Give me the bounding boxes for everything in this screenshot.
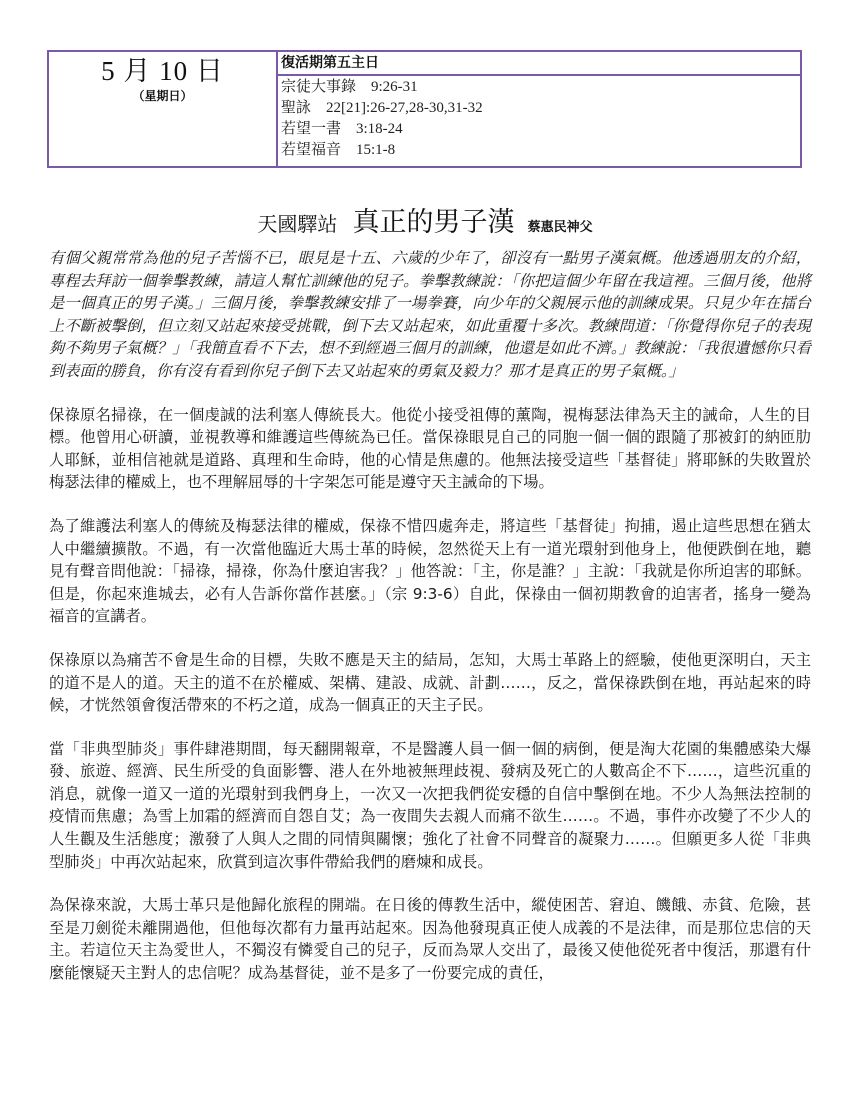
paragraph: 當「非典型肺炎」事件肆港期間，每天翻開報章，不是醫護人員一個一個的病倒，便是淘大… [49,738,811,874]
reading-item: 聖詠 22[21]:26-27,28-30,31-32 [281,98,800,119]
reading-item: 若望一書 3:18-24 [281,119,800,140]
reading-item: 宗徒大事錄 9:26-31 [281,77,800,98]
date-cell: 5 月 10 日 （星期日） [49,52,278,166]
article-title: 天國驛站 真正的男子漢 蔡惠民神父 [0,200,850,239]
readings-cell: 復活期第五主日 宗徒大事錄 9:26-31 聖詠 22[21]:26-27,28… [278,52,800,166]
author: 蔡惠民神父 [528,220,593,235]
title-main: 真正的男子漢 [352,207,514,238]
paragraph-intro-story: 有個父親常常為他的兒子苦惱不已，眼見是十五、六歲的少年了，卻沒有一點男子漢氣概。… [49,247,811,383]
weekday-label: （星期日） [49,87,276,104]
paragraph: 為保祿來說，大馬士革只是他歸化旅程的開端。在日後的傳教生活中，縱使困苦、窘迫、饑… [49,894,811,984]
liturgical-season: 復活期第五主日 [278,52,800,76]
article-body: 有個父親常常為他的兒子苦惱不已，眼見是十五、六歲的少年了，卻沒有一點男子漢氣概。… [49,247,811,1006]
column-name: 天國驛站 [257,212,337,236]
liturgy-info-table: 5 月 10 日 （星期日） 復活期第五主日 宗徒大事錄 9:26-31 聖詠 … [47,50,802,168]
date-label: 5 月 10 日 [49,56,276,86]
reading-item: 若望福音 15:1-8 [281,140,800,161]
paragraph: 為了維護法利塞人的傳統及梅瑟法律的權威，保祿不惜四處奔走，將這些「基督徒」拘捕，… [49,515,811,628]
paragraph: 保祿原以為痛苦不會是生命的目標，失敗不應是天主的結局，怎知，大馬士革路上的經驗，… [49,649,811,717]
readings-list: 宗徒大事錄 9:26-31 聖詠 22[21]:26-27,28-30,31-3… [278,76,800,161]
paragraph: 保祿原名掃祿，在一個虔誠的法利塞人傳統長大。他從小接受祖傳的薰陶，視梅瑟法律為天… [49,404,811,494]
